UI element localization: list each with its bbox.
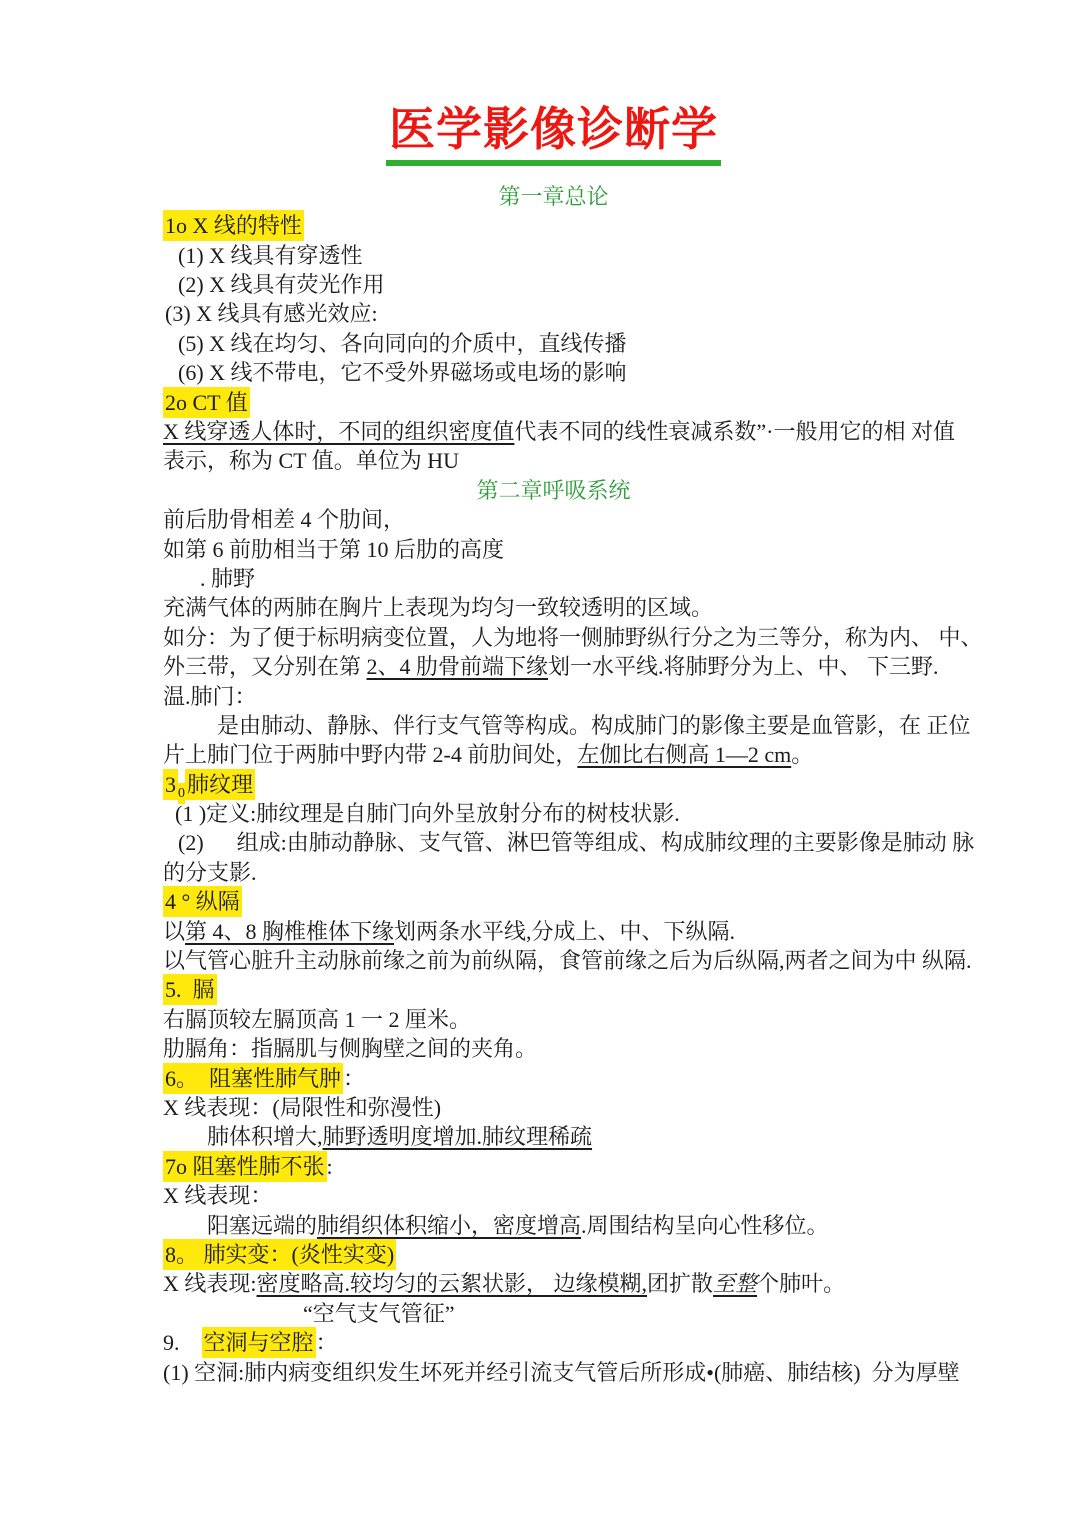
text-segment: (3) X 线具有感光效应:	[165, 301, 378, 326]
text-segment: (6) X 线不带电，它不受外界磁场或电场的影响	[178, 360, 627, 385]
text-line: 肺体积增大,肺野透明度增加.肺纹理稀疏	[163, 1122, 944, 1151]
text-segment: 。	[791, 742, 813, 767]
text-segment: 充满气体的两肺在胸片上表现为均匀一致较透明的区域。	[163, 595, 713, 620]
text-segment: (1 )定义:肺纹理是自肺门向外呈放射分布的树枝状影.	[175, 801, 680, 826]
text-line: 肋膈角：指膈肌与侧胸壁之间的夹角。	[163, 1034, 944, 1063]
text-segment: 2、4 肋骨前端下缘	[367, 654, 549, 679]
text-segment: X 线穿透人体时，不同的组织密度值	[163, 419, 514, 444]
text-line: 如第 6 前肋相当于第 10 后肋的高度	[163, 535, 944, 564]
text-line: 以第 4、8 胸椎椎体下缘划两条水平线,分成上、中、下纵隔.	[163, 917, 944, 946]
text-segment: 以	[163, 919, 185, 944]
text-line: (1) X 线具有穿透性	[163, 241, 944, 270]
text-segment: 表示，称为 CT 值。单位为 HU	[163, 448, 459, 473]
text-line: 是由肺动、静脉、伴行支气管等构成。构成肺门的影像主要是血管影，在 正位	[163, 711, 944, 740]
highlighted-text: 4 ° 纵隔	[163, 886, 242, 917]
text-segment: 第一章总论	[498, 184, 608, 209]
highlighted-text: 7o 阻塞性肺不张	[163, 1151, 327, 1182]
text-segment: 第 4、8 胸椎椎体下缘	[185, 919, 394, 944]
title-container: 医学影像诊断学	[163, 104, 944, 166]
text-segment: 代表不同的线性衰减系数”·一般用它的相 对值	[514, 419, 955, 444]
text-segment: 团扩散	[647, 1271, 713, 1296]
text-segment: 划一水平线.将肺野分为上、中、 下三野.	[548, 654, 939, 679]
text-line: (6) X 线不带电，它不受外界磁场或电场的影响	[163, 358, 944, 387]
text-segment: 如第 6 前肋相当于第 10 后肋的高度	[163, 537, 504, 562]
text-line: X 线表现：	[163, 1181, 944, 1210]
text-line: 4 ° 纵隔	[163, 887, 944, 916]
highlighted-text: 3	[163, 769, 178, 800]
text-segment: :	[327, 1154, 333, 1179]
text-line: 2o CT 值	[163, 388, 944, 417]
text-segment: X 线表现:	[163, 1271, 257, 1296]
text-line: “空气支气管征”	[163, 1299, 944, 1328]
text-line: 充满气体的两肺在胸片上表现为均匀一致较透明的区域。	[163, 593, 944, 622]
text-segment: 片上肺门位于两肺中野内带 2-4 前肋间处，	[163, 742, 577, 767]
text-segment: 的分支影.	[163, 860, 257, 885]
text-line: 30肺纹理	[163, 770, 944, 799]
text-segment: 以气管心脏升主动脉前缘之前为前纵隔，食管前缘之后为后纵隔,两者之间为中 纵隔.	[163, 948, 972, 973]
highlighted-text: 5. 膈	[163, 974, 217, 1005]
text-segment: 至整	[713, 1271, 757, 1296]
text-segment: 第二章呼吸系统	[476, 478, 630, 503]
text-segment: (2) X 线具有荧光作用	[178, 272, 385, 297]
text-line: 表示，称为 CT 值。单位为 HU	[163, 446, 944, 475]
text-segment: (1) X 线具有穿透性	[178, 243, 363, 268]
highlighted-text: 1o X 线的特性	[163, 210, 304, 241]
text-line: X 线穿透人体时，不同的组织密度值代表不同的线性衰减系数”·一般用它的相 对值	[163, 417, 944, 446]
text-segment: 温.肺门：	[163, 684, 257, 709]
text-line: 如分：为了便于标明病变位置，人为地将一侧肺野纵行分之为三等分，称为内、 中、	[163, 623, 944, 652]
text-segment: 密度略高.较均匀的云絮状影， 边缘模糊,	[257, 1271, 648, 1296]
chapter-heading: 第二章呼吸系统	[163, 476, 944, 505]
text-segment: ：	[343, 1066, 365, 1091]
document-page: 医学影像诊断学 第一章总论1o X 线的特性(1) X 线具有穿透性(2) X …	[0, 0, 1080, 1518]
text-segment: X 线表现：	[163, 1183, 272, 1208]
text-segment: 前后肋骨相差 4 个肋间，	[163, 507, 405, 532]
text-line: 5. 膈	[163, 975, 944, 1004]
text-segment: 外三带，又分别在第	[163, 654, 367, 679]
text-line: 前后肋骨相差 4 个肋间，	[163, 505, 944, 534]
text-line: 8。 肺实变：(炎性实变)	[163, 1240, 944, 1269]
text-line: 温.肺门：	[163, 682, 944, 711]
text-line: 6。 阻塞性肺气肿：	[163, 1064, 944, 1093]
text-segment: (5) X 线在均匀、各向同向的介质中，直线传播	[178, 331, 627, 356]
text-segment: 肺体积增大,	[207, 1124, 323, 1149]
text-line: X 线表现：(局限性和弥漫性)	[163, 1093, 944, 1122]
text-segment: (1) 空洞:肺内病变组织发生坏死并经引流支气管后所形成•(肺癌、肺结核) 分为…	[163, 1360, 960, 1385]
text-line: 外三带，又分别在第 2、4 肋骨前端下缘划一水平线.将肺野分为上、中、 下三野.	[163, 652, 944, 681]
text-segment: .周围结构呈向心性移位。	[581, 1213, 829, 1238]
text-line: 右膈顶较左膈顶高 1 一 2 厘米。	[163, 1005, 944, 1034]
text-segment: X 线表现：(局限性和弥漫性)	[163, 1095, 441, 1120]
text-line: (2) 组成:由肺动静脉、支气管、淋巴管等组成、构成肺纹理的主要影像是肺动 脉	[163, 828, 944, 857]
text-line: 7o 阻塞性肺不张:	[163, 1152, 944, 1181]
text-segment: 如分：为了便于标明病变位置，人为地将一侧肺野纵行分之为三等分，称为内、 中、	[163, 625, 983, 650]
content-lines: 第一章总论1o X 线的特性(1) X 线具有穿透性(2) X 线具有荧光作用(…	[163, 182, 944, 1387]
doc-title: 医学影像诊断学	[386, 104, 721, 166]
text-line: 片上肺门位于两肺中野内带 2-4 前肋间处，左伽比右侧高 1—2 cm。	[163, 740, 944, 769]
text-line: (3) X 线具有感光效应:	[163, 299, 944, 328]
text-segment: 左伽比右侧高 1—2 cm	[577, 742, 791, 767]
text-segment: 阳塞远端的	[207, 1213, 317, 1238]
text-segment: 肋膈角：指膈肌与侧胸壁之间的夹角。	[163, 1036, 537, 1061]
text-line: 阳塞远端的肺绢织体积缩小，密度增高.周围结构呈向心性移位。	[163, 1211, 944, 1240]
text-segment: 右膈顶较左膈顶高 1 一 2 厘米。	[163, 1007, 471, 1032]
text-line: 9. 空洞与空腔：	[163, 1328, 944, 1357]
text-segment: 9.	[163, 1330, 202, 1355]
highlighted-text: 肺纹理	[185, 769, 255, 800]
text-line: 以气管心脏升主动脉前缘之前为前纵隔，食管前缘之后为后纵隔,两者之间为中 纵隔.	[163, 946, 944, 975]
text-line: 的分支影.	[163, 858, 944, 887]
text-line: 1o X 线的特性	[163, 211, 944, 240]
text-segment: 肺绢织体积缩小，密度增高	[317, 1213, 581, 1238]
text-line: (2) X 线具有荧光作用	[163, 270, 944, 299]
highlighted-text: 6。 阻塞性肺气肿	[163, 1063, 343, 1094]
text-line: X 线表现:密度略高.较均匀的云絮状影， 边缘模糊,团扩散至整个肺叶。	[163, 1269, 944, 1298]
text-segment: 个肺叶。	[757, 1271, 845, 1296]
text-segment: 是由肺动、静脉、伴行支气管等构成。构成肺门的影像主要是血管影，在 正位	[217, 713, 971, 738]
highlighted-text: 8。 肺实变：(炎性实变)	[163, 1239, 396, 1270]
text-segment: (2) 组成:由肺动静脉、支气管、淋巴管等组成、构成肺纹理的主要影像是肺动 脉	[178, 830, 974, 855]
highlighted-text: 2o CT 值	[163, 387, 250, 418]
text-segment: 肺野透明度增加.肺纹理稀疏	[323, 1124, 593, 1149]
text-line: (5) X 线在均匀、各向同向的介质中，直线传播	[163, 329, 944, 358]
text-segment: 划两条水平线,分成上、中、下纵隔.	[394, 919, 735, 944]
text-segment: . 肺野	[200, 566, 255, 591]
text-segment: ：	[316, 1330, 338, 1355]
highlighted-text: 空洞与空腔	[202, 1327, 316, 1358]
text-line: (1) 空洞:肺内病变组织发生坏死并经引流支气管后所形成•(肺癌、肺结核) 分为…	[163, 1358, 944, 1387]
text-segment: “空气支气管征”	[303, 1301, 455, 1326]
chapter-heading: 第一章总论	[163, 182, 944, 211]
text-line: . 肺野	[163, 564, 944, 593]
text-line: (1 )定义:肺纹理是自肺门向外呈放射分布的树枝状影.	[163, 799, 944, 828]
